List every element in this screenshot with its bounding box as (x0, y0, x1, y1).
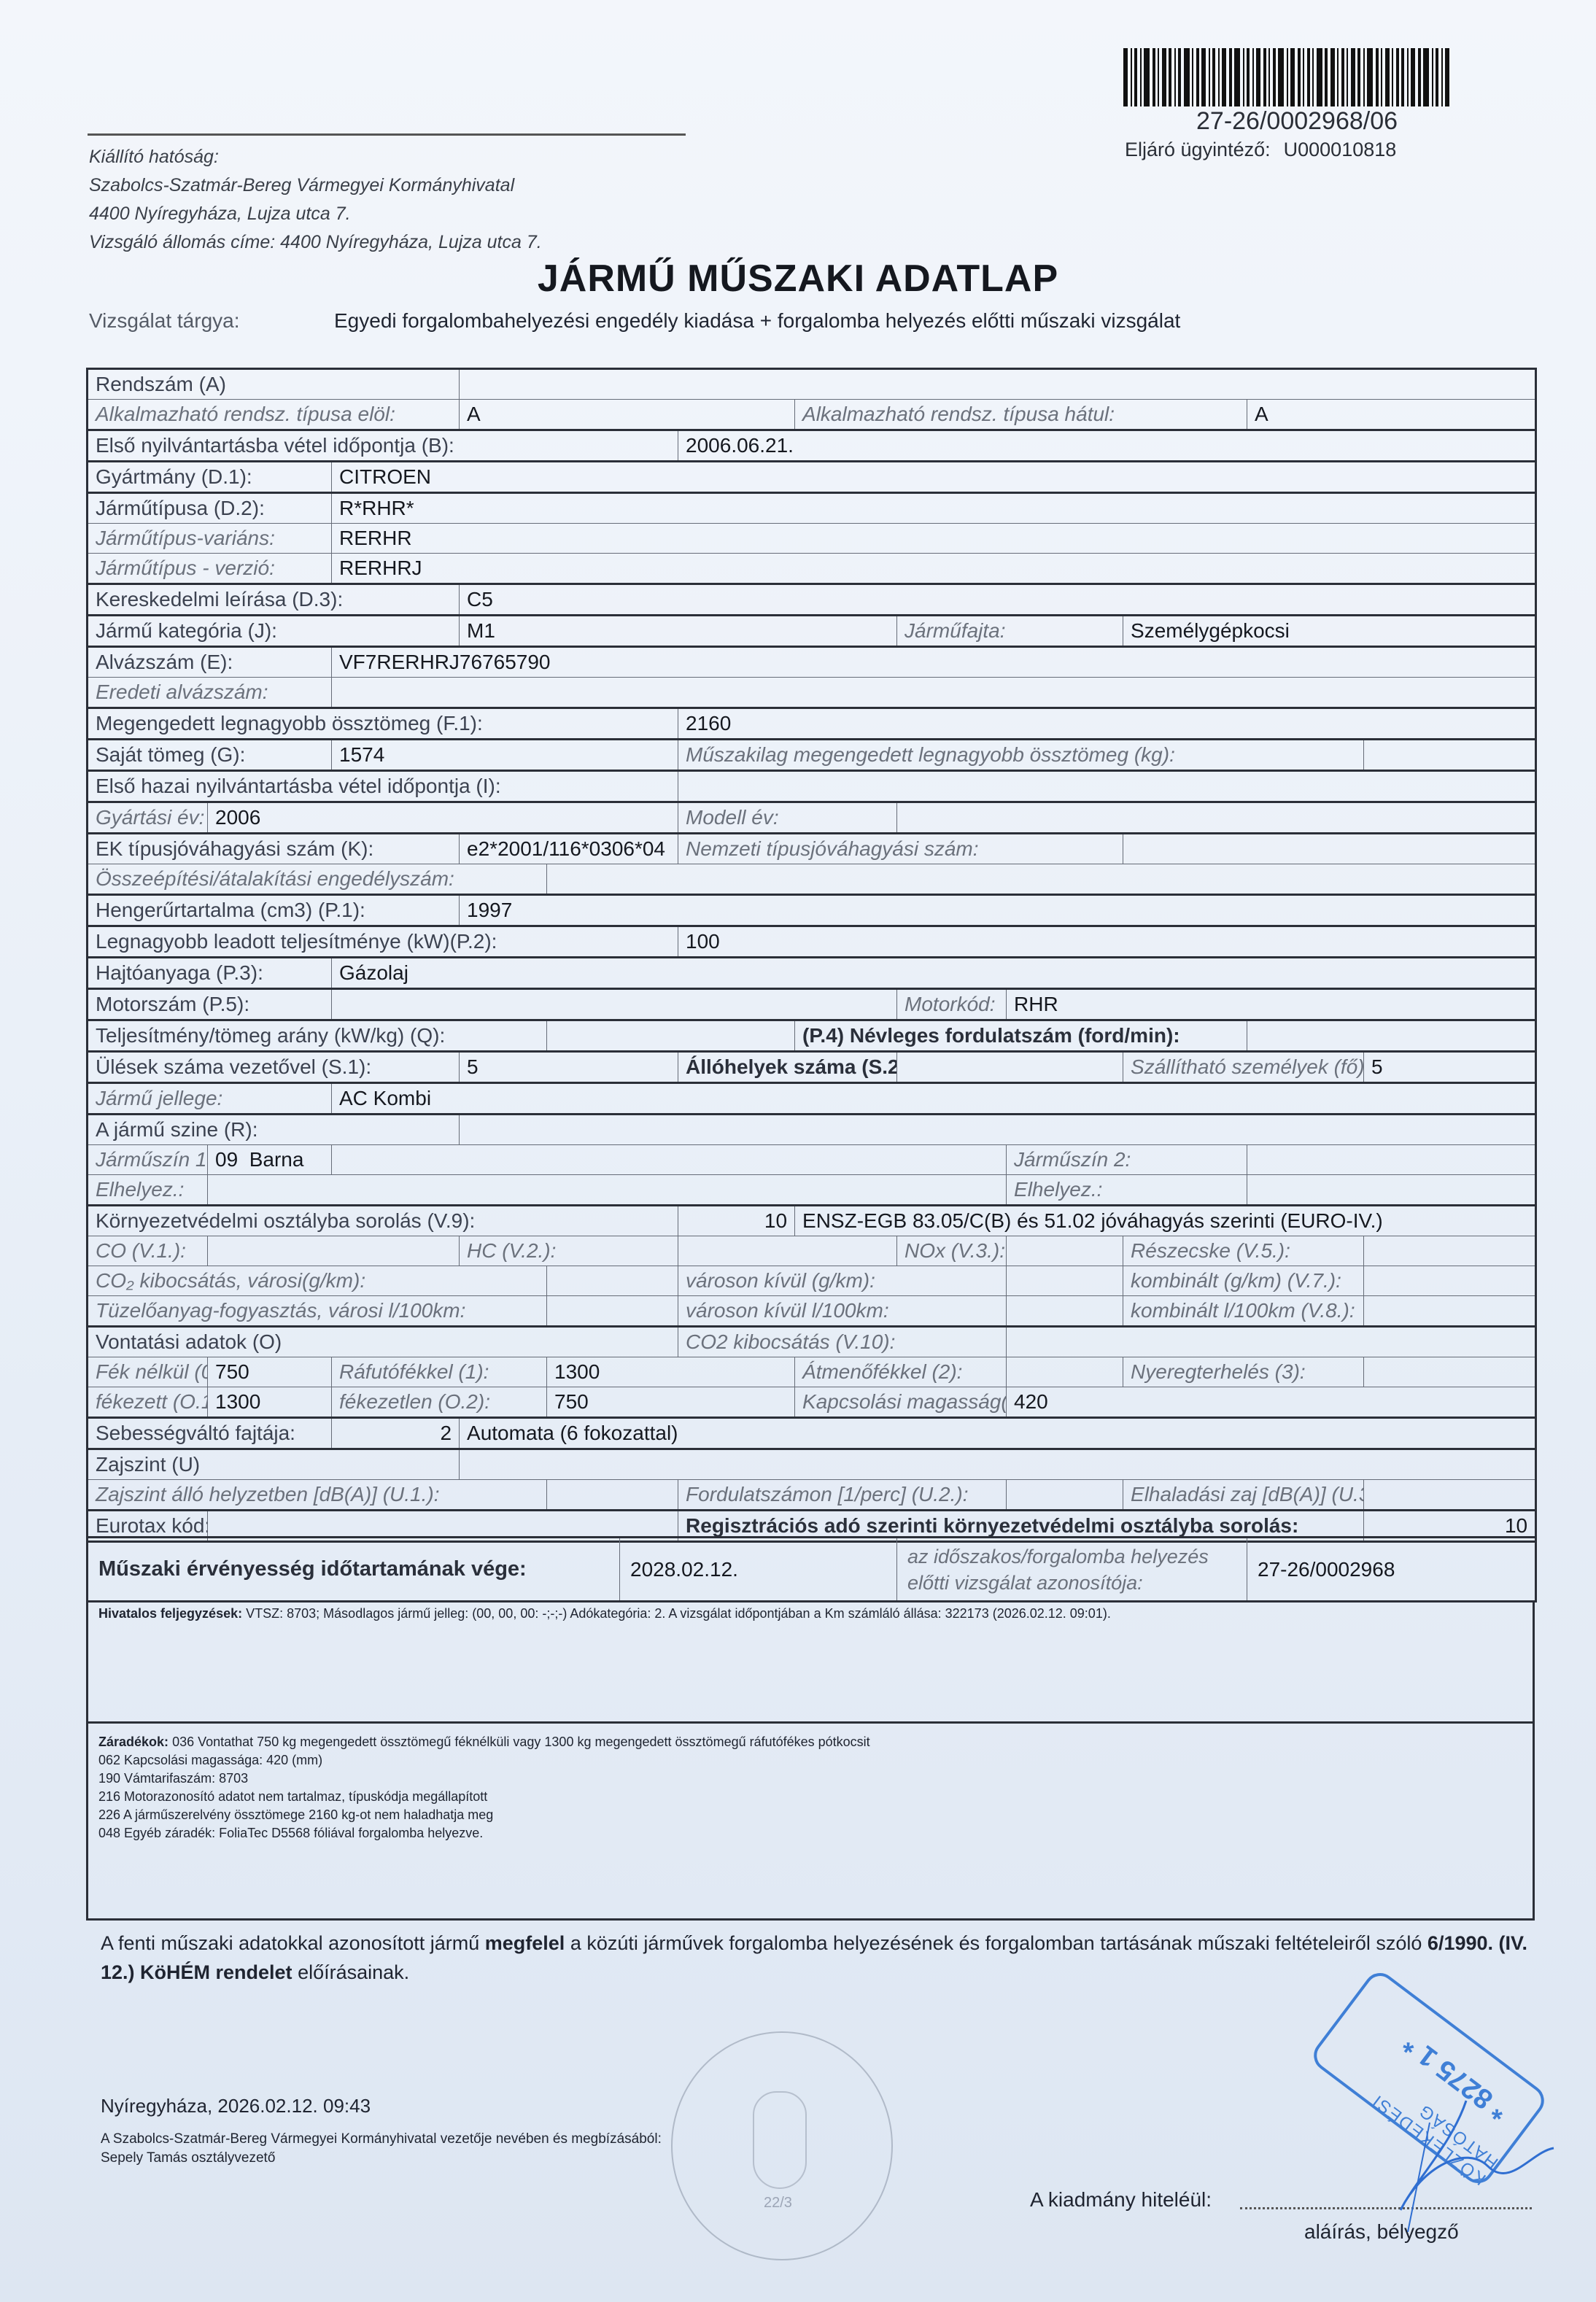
barcode-bar (1178, 48, 1181, 106)
barcode-bar (1153, 48, 1155, 106)
issuing-authority: Kiállító hatóság: Szabolcs-Szatmár-Bereg… (89, 143, 542, 257)
barcode-bar (1144, 48, 1150, 106)
noise-pass-label: Elhaladási zaj [dB(A)] (U.3.): (1123, 1480, 1364, 1511)
vin-value: VF7RERHRJ76765790 (332, 647, 1536, 678)
overrun-value: 1300 (547, 1357, 795, 1387)
co2-comb-label: kombinált (g/km) (V.7.): (1123, 1266, 1364, 1296)
station-address: Vizsgáló állomás címe: 4400 Nyíregyháza,… (89, 228, 542, 257)
orig-vin-label: Eredeti alvázszám: (88, 678, 332, 708)
statement-part: előírásainak. (293, 1961, 410, 1983)
kind-value: Személygépkocsi (1123, 616, 1536, 647)
tech-max-mass-label: Műszakilag megengedett legnagyobb össztö… (678, 740, 1364, 771)
on-behalf-text: A Szabolcs-Szatmár-Bereg Vármegyei Kormá… (101, 2130, 662, 2149)
model-year-label: Modell év: (678, 802, 897, 834)
barcode-bar (1256, 48, 1260, 106)
make-label: Gyártmány (D.1): (88, 462, 332, 493)
barcode-bar (1268, 48, 1270, 106)
barcode-bar (1131, 48, 1132, 106)
clause-line: 226 A járműszerelvény össztömege 2160 kg… (98, 1806, 1522, 1824)
fuel-label: Hajtóanyaga (P.3): (88, 958, 332, 989)
barcode-bar (1330, 48, 1335, 106)
noise-label: Zajszint (U) (88, 1449, 460, 1480)
vin-label: Alvázszám (E): (88, 647, 332, 678)
inspection-label: az időszakos/forgalomba helyezés előtti … (897, 1538, 1247, 1602)
version-value: RERHRJ (332, 554, 1536, 584)
plate-front-label: Alkalmazható rendsz. típusa elöl: (88, 400, 460, 430)
barcode-bar (1123, 48, 1128, 106)
clause-line: 048 Egyéb záradék: FoliaTec D5568 fóliáv… (98, 1824, 1522, 1842)
official-seal-icon: 22/3 (671, 2031, 893, 2260)
barcode-bar (1432, 48, 1433, 106)
barcode-bar (1441, 48, 1443, 106)
barcode-bar (1162, 48, 1166, 106)
seal-number: 22/3 (764, 2195, 792, 2212)
compliance-statement: A fenti műszaki adatokkal azonosított já… (101, 1929, 1530, 1987)
barcode-bar (1134, 48, 1137, 106)
first-reg-value: 2006.06.21. (678, 430, 1536, 462)
max-mass-value: 2160 (678, 708, 1536, 740)
color1-cell: 09 Barna (208, 1145, 332, 1175)
coupling-label: Kapcsolási magasság(mm): (795, 1387, 1007, 1418)
commercial-value: C5 (460, 584, 1536, 616)
barcode-bar (1184, 48, 1190, 106)
barcode-bar (1337, 48, 1339, 106)
barcode-bar (1298, 48, 1301, 106)
version-label: Járműtípus - verzió: (88, 554, 332, 584)
barcode-bar (1303, 48, 1304, 106)
noise-stat-label: Zajszint álló helyzetben [dB(A)] (U.1.): (88, 1480, 547, 1511)
noise-rpm-label: Fordulatszámon [1/perc] (U.2.): (678, 1480, 1007, 1511)
national-label: Nemzeti típusjóváhagyási szám: (678, 834, 1123, 864)
page-title: JÁRMŰ MŰSZAKI ADATLAP (0, 257, 1596, 301)
power-label: Legnagyobb leadott teljesítménye (kW)(P.… (88, 926, 678, 958)
gearbox-code: 2 (332, 1418, 460, 1449)
clause-line: 190 Vámtarifaszám: 8703 (98, 1770, 1522, 1788)
power-value: 100 (678, 926, 1536, 958)
barcode-bar (1209, 48, 1210, 106)
barcode (1123, 48, 1492, 106)
signatory-block: A Szabolcs-Szatmár-Bereg Vármegyei Kormá… (101, 2130, 662, 2168)
hc-label: HC (V.2.): (460, 1236, 678, 1266)
barcode-bar (1243, 48, 1244, 106)
plate-rear-label: Alkalmazható rendsz. típusa hátul: (795, 400, 1247, 430)
passengers-value: 5 (1364, 1052, 1536, 1083)
clause-line: 062 Kapcsolási magassága: 420 (mm) (98, 1751, 1522, 1770)
nobrake-value: 750 (208, 1357, 332, 1387)
barcode-bar (1278, 48, 1284, 106)
co2-city-label: CO₂ kibocsátás, városi(g/km): (88, 1266, 547, 1296)
barcode-bar (1312, 48, 1314, 106)
officer-id: U000010818 (1284, 139, 1397, 160)
barcode-bar (1218, 48, 1220, 106)
unbraked-value: 750 (547, 1387, 795, 1418)
barcode-bar (1407, 48, 1409, 106)
color2-label: Járműszín 2: (1007, 1145, 1247, 1175)
braked-value: 1300 (208, 1387, 332, 1418)
barcode-bar (1396, 48, 1399, 106)
barcode-bar (1436, 48, 1438, 106)
first-reg-label: Első nyilvántartásba vétel időpontja (B)… (88, 430, 678, 462)
ek-value: e2*2001/116*0306*04 (460, 834, 678, 864)
barcode-bar (1401, 48, 1404, 106)
clause-first: 036 Vontathat 750 kg megengedett össztöm… (172, 1735, 870, 1749)
barcode-bar (1140, 48, 1142, 106)
particle-label: Részecske (V.5.): (1123, 1236, 1364, 1266)
barcode-bar (1252, 48, 1254, 106)
co2-v10-label: CO2 kibocsátás (V.10): (678, 1327, 1007, 1357)
barcode-bar (1247, 48, 1250, 106)
authority-address: 4400 Nyíregyháza, Lujza utca 7. (89, 200, 542, 228)
place1-label: Elhelyez.: (88, 1175, 208, 1206)
barcode-bar (1229, 48, 1232, 106)
saddle-label: Nyeregterhelés (3): (1123, 1357, 1364, 1387)
coupling-value: 420 (1007, 1387, 1536, 1418)
barcode-bar (1174, 48, 1176, 106)
overrun-label: Ráfutófékkel (1): (332, 1357, 547, 1387)
seats-label: Ülések száma vezetővel (S.1): (88, 1052, 460, 1083)
vehicle-data-table: Rendszám (A) Alkalmazható rendsz. típusa… (86, 368, 1537, 1543)
barcode-bar (1367, 48, 1373, 106)
first-domestic-label: Első hazai nyilvántartásba vétel időpont… (88, 771, 678, 802)
barcode-bar (1423, 48, 1429, 106)
subject-label: Vizsgálat tárgya: (89, 309, 240, 333)
body-value: AC Kombi (332, 1083, 1536, 1115)
barcode-bar (1222, 48, 1226, 106)
barcode-bar (1273, 48, 1276, 106)
fuel-value: Gázolaj (332, 958, 1536, 989)
official-notes: Hivatalos feljegyzések: VTSZ: 8703; Máso… (86, 1600, 1535, 1724)
type-label: Járműtípusa (D.2): (88, 493, 332, 524)
barcode-bar (1158, 48, 1159, 106)
barcode-bar (1351, 48, 1355, 106)
make-value: CITROEN (332, 462, 1536, 493)
barcode-bar (1201, 48, 1206, 106)
category-value: M1 (460, 616, 897, 647)
signer-name: Sepely Tamás osztályvezető (101, 2149, 662, 2168)
co2-out-label: városon kívül (g/km): (678, 1266, 1007, 1296)
commercial-label: Kereskedelmi leírása (D.3): (88, 584, 460, 616)
barcode-bar (1212, 48, 1215, 106)
fuel-out-label: városon kívül l/100km: (678, 1296, 1007, 1327)
body-label: Jármű jellege: (88, 1083, 332, 1115)
validity-table: Műszaki érvényesség időtartamának vége: … (86, 1536, 1537, 1603)
barcode-bar (1317, 48, 1322, 106)
unbraked-label: fékezetlen (O.2): (332, 1387, 547, 1418)
variant-label: Járműtípus-variáns: (88, 524, 332, 554)
category-label: Jármű kategória (J): (88, 616, 460, 647)
authority-label: Kiállító hatóság: (89, 143, 542, 171)
inspection-id: 27-26/0002968 (1247, 1538, 1536, 1602)
barcode-bar (1445, 48, 1449, 106)
nox-label: NOx (V.3.): (897, 1236, 1007, 1266)
certify-label: A kiadmány hiteléül: (1030, 2188, 1212, 2212)
color1-value: Barna (249, 1148, 304, 1171)
barcode-bar (1169, 48, 1171, 106)
officer-label: Eljáró ügyintéző: (1125, 139, 1271, 160)
signature-icon (1298, 2057, 1561, 2232)
place-date: Nyíregyháza, 2026.02.12. 09:43 (101, 2095, 371, 2117)
nobrake-label: Fék nélkül (0): (88, 1357, 208, 1387)
barcode-bar (1287, 48, 1288, 106)
passengers-label: Szállítható személyek (fő): (1123, 1052, 1364, 1083)
barcode-bar (1192, 48, 1193, 106)
barcode-bar (1411, 48, 1415, 106)
tow-label: Vontatási adatok (O) (88, 1327, 678, 1357)
kind-label: Járműfajta: (897, 616, 1123, 647)
type-value: R*RHR* (332, 493, 1536, 524)
braked-label: fékezett (O.1): (88, 1387, 208, 1418)
plate-label: Rendszám (A) (88, 369, 460, 400)
officer-line: Eljáró ügyintéző:U000010818 (1125, 139, 1396, 161)
variant-value: RERHR (332, 524, 1536, 554)
seats-value: 5 (460, 1052, 678, 1083)
through-label: Átmenőfékkel (2): (795, 1357, 1007, 1387)
fuel-city-label: Tüzelőanyag-fogyasztás, városi l/100km: (88, 1296, 547, 1327)
own-mass-value: 1574 (332, 740, 678, 771)
validity-date: 2028.02.12. (620, 1538, 897, 1602)
conversion-label: Összeépítési/átalakítási engedélyszám: (88, 864, 547, 895)
barcode-bar (1376, 48, 1379, 106)
plate-rear-value: A (1247, 400, 1536, 430)
barcode-bar (1325, 48, 1328, 106)
clause-line: 216 Motorazonosító adatot nem tartalmaz,… (98, 1788, 1522, 1806)
ek-label: EK típusjóváhagyási szám (K): (88, 834, 460, 864)
barcode-bar (1341, 48, 1344, 106)
engine-code-value: RHR (1007, 989, 1536, 1020)
barcode-bar (1418, 48, 1421, 106)
gearbox-value: Automata (6 fokozattal) (460, 1418, 1536, 1449)
notes-text: VTSZ: 8703; Másodlagos jármű jelleg: (00… (246, 1606, 1111, 1621)
barcode-bar (1347, 48, 1348, 106)
authority-name: Szabolcs-Szatmár-Bereg Vármegyei Kormány… (89, 171, 542, 200)
barcode-bar (1263, 48, 1266, 106)
place2-label: Elhelyez.: (1007, 1175, 1247, 1206)
statement-part: a közúti járművek forgalomba helyezéséne… (565, 1932, 1428, 1954)
gearbox-label: Sebességváltó fajtája: (88, 1418, 332, 1449)
barcode-bar (1234, 48, 1240, 106)
barcode-bar (1363, 48, 1365, 106)
clause-line: Záradékok: 036 Vontathat 750 kg megenged… (98, 1733, 1522, 1751)
displacement-label: Hengerűrtartalma (cm3) (P.1): (88, 895, 460, 926)
rpm-label: (P.4) Névleges fordulatszám (ford/min): (795, 1020, 1247, 1052)
standing-label: Állóhelyek száma (S.2): (678, 1052, 897, 1083)
color1-code: 09 (215, 1148, 238, 1171)
header-rule (88, 133, 686, 136)
barcode-bar (1385, 48, 1390, 106)
validity-label: Műszaki érvényesség időtartamának vége: (88, 1538, 620, 1602)
barcode-bar (1307, 48, 1310, 106)
env-label: Környezetvédelmi osztályba sorolás (V.9)… (88, 1206, 678, 1236)
statement-part: A fenti műszaki adatokkal azonosított já… (101, 1932, 485, 1954)
notes-label: Hivatalos feljegyzések: (98, 1606, 242, 1621)
env-code: 10 (678, 1206, 795, 1236)
env-text: ENSZ-EGB 83.05/C(B) és 51.02 jóváhagyás … (795, 1206, 1536, 1236)
barcode-bar (1392, 48, 1393, 106)
barcode-bar (1196, 48, 1199, 106)
ratio-label: Teljesítmény/tömeg arány (kW/kg) (Q): (88, 1020, 547, 1052)
subject-text: Egyedi forgalombahelyezési engedély kiad… (334, 309, 1180, 333)
engine-code-label: Motorkód: (897, 989, 1007, 1020)
own-mass-label: Saját tömeg (G): (88, 740, 332, 771)
document-number: 27-26/0002968/06 (1196, 107, 1398, 136)
clauses: Záradékok: 036 Vontathat 750 kg megenged… (86, 1721, 1535, 1921)
engine-no-label: Motorszám (P.5): (88, 989, 332, 1020)
statement-bold: megfelel (485, 1932, 565, 1954)
fuel-comb-label: kombinált l/100km (V.8.): (1123, 1296, 1364, 1327)
plate-front-value: A (460, 400, 795, 430)
co-label: CO (V.1.): (88, 1236, 208, 1266)
barcode-bar (1290, 48, 1295, 106)
prod-year-label: Gyártási év: (88, 802, 208, 834)
displacement-value: 1997 (460, 895, 1536, 926)
prod-year-value: 2006 (208, 802, 678, 834)
coat-of-arms-icon (753, 2091, 807, 2189)
color-label: A jármű szine (R): (88, 1115, 460, 1145)
document-page: Kiállító hatóság: Szabolcs-Szatmár-Bereg… (0, 0, 1596, 2302)
max-mass-label: Megengedett legnagyobb össztömeg (F.1): (88, 708, 678, 740)
barcode-bar (1381, 48, 1382, 106)
barcode-bar (1357, 48, 1360, 106)
color1-label: Járműszín 1: (88, 1145, 208, 1175)
clauses-label: Záradékok: (98, 1735, 168, 1749)
